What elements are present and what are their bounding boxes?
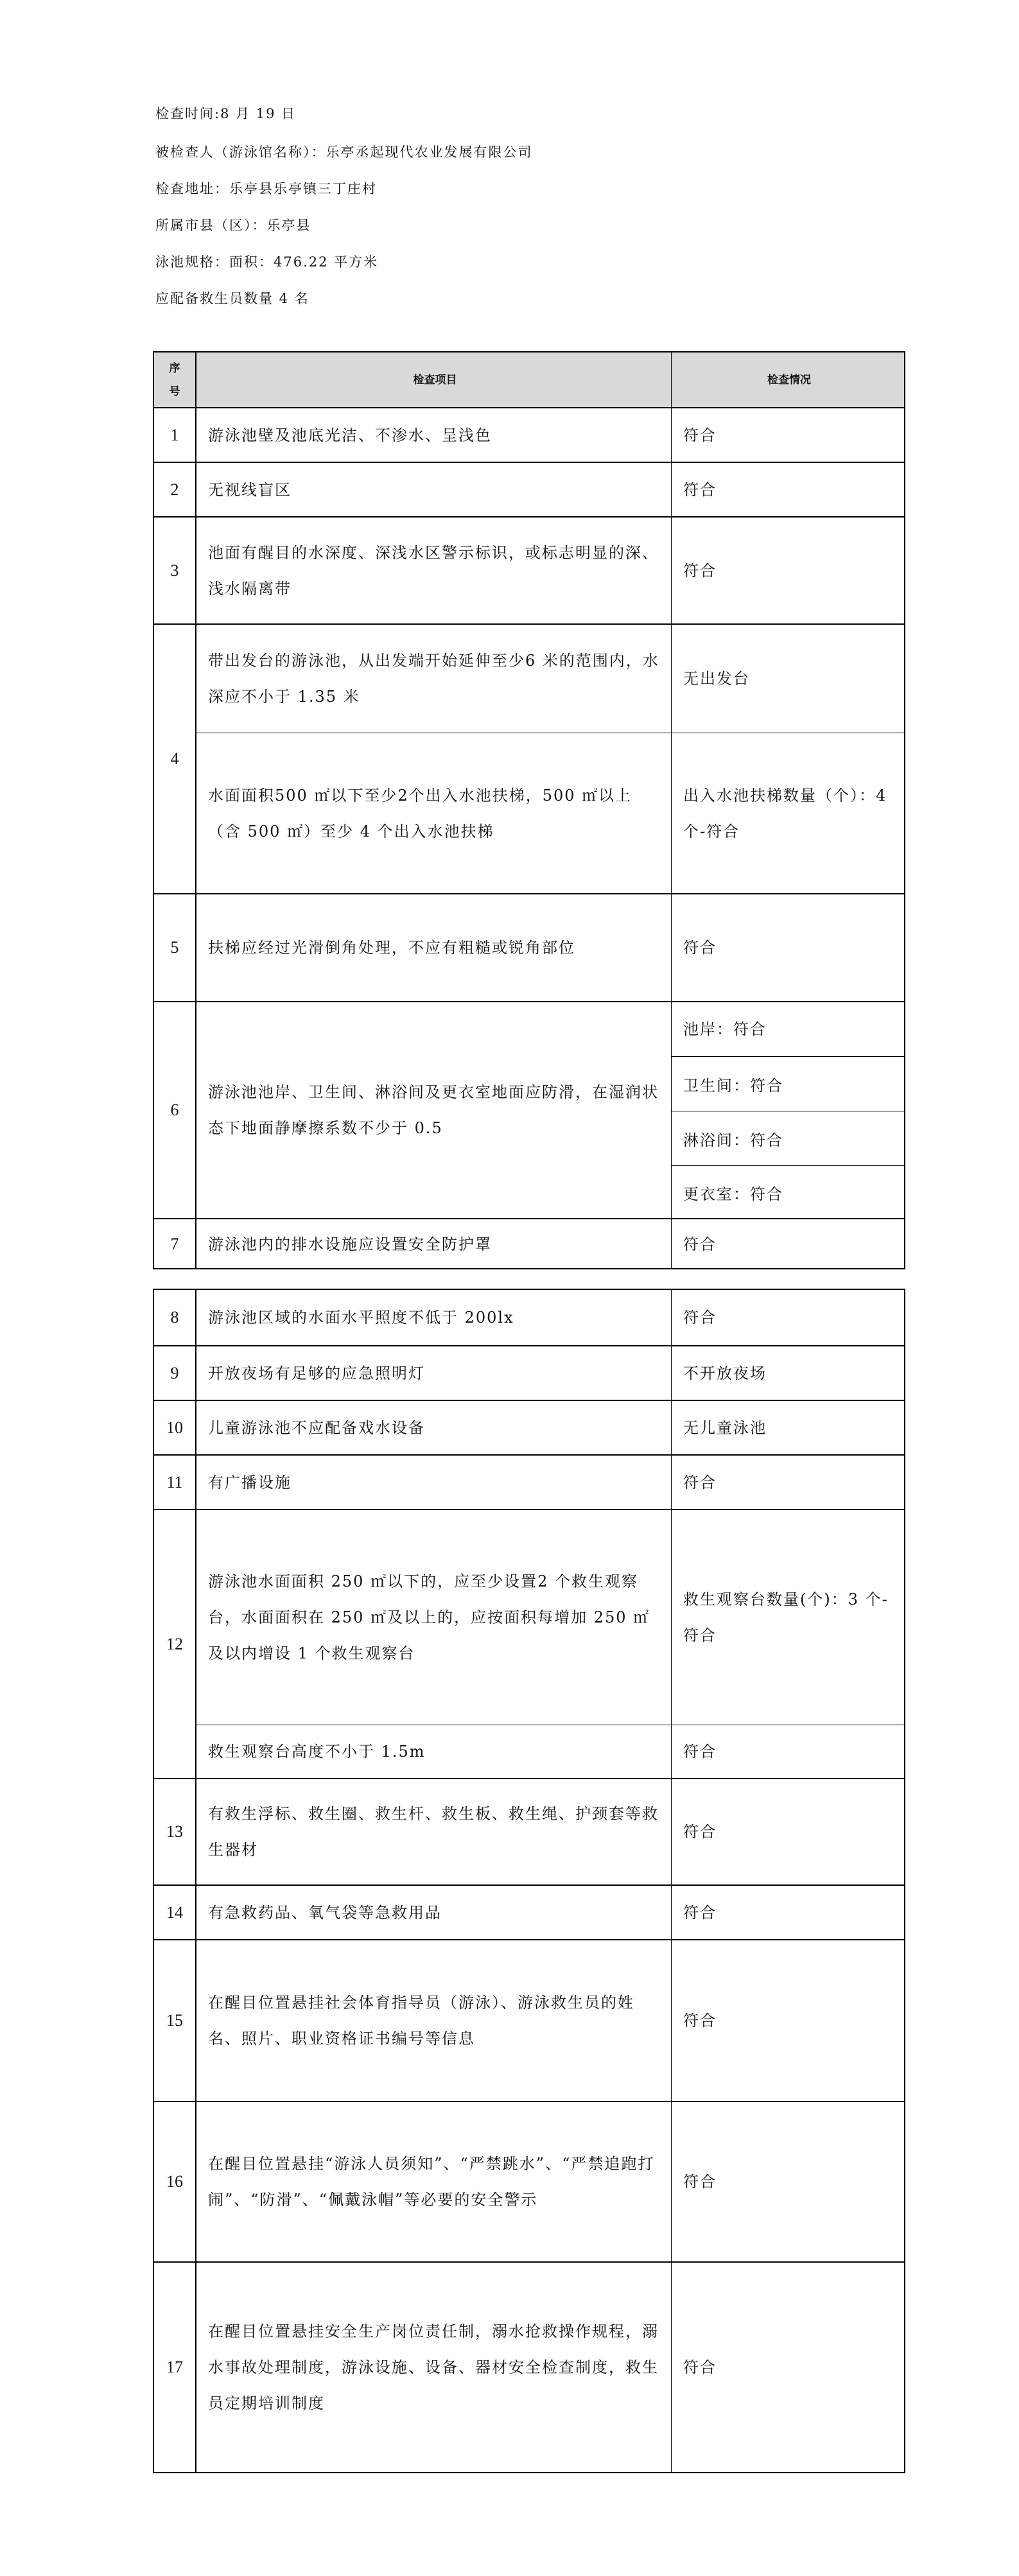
row-result: 符合 — [672, 2102, 904, 2261]
row-result: 无儿童泳池 — [672, 1401, 904, 1454]
table-row: 3 池面有醒目的水深度、深浅水区警示标识，或标志明显的深、浅水隔离带 符合 — [154, 516, 904, 623]
row-result: 符合 — [672, 2263, 904, 2472]
row-result: 符合 — [672, 1456, 904, 1509]
table-row: 6 游泳池池岸、卫生间、淋浴间及更衣室地面应防滑，在湿润状态下地面静摩擦系数不少… — [154, 1001, 904, 1218]
row-result: 符合 — [672, 1725, 904, 1778]
header-no: 序 号 — [154, 352, 196, 407]
row-item: 无视线盲区 — [196, 463, 672, 516]
header-no-line1: 序 — [170, 357, 180, 380]
row-no: 10 — [154, 1401, 196, 1454]
row-no: 14 — [154, 1886, 196, 1939]
pool-spec: 泳池规格：面积：476.22 平方米 — [155, 252, 378, 272]
table-row: 10 儿童游泳池不应配备戏水设备 无儿童泳池 — [154, 1400, 904, 1454]
row-result: 池岸：符合 — [672, 1002, 904, 1056]
row-item: 带出发台的游泳池，从出发端开始延伸至少6 米的范围内，水深应不小于 1.35 米 — [196, 625, 672, 733]
row-item: 游泳池内的排水设施应设置安全防护罩 — [196, 1219, 672, 1269]
header-item: 检查项目 — [196, 352, 672, 407]
row-result: 卫生间：符合 — [672, 1056, 904, 1111]
table-row: 4 带出发台的游泳池，从出发端开始延伸至少6 米的范围内，水深应不小于 1.35… — [154, 623, 904, 893]
row-no: 16 — [154, 2102, 196, 2261]
inspected-party: 被检查人（游泳馆名称）：乐亭丞起现代农业发展有限公司 — [155, 143, 533, 162]
district: 所属市县（区）：乐亭县 — [155, 216, 311, 235]
row-item: 有广播设施 — [196, 1456, 672, 1509]
row-no: 17 — [154, 2263, 196, 2472]
row-no: 8 — [154, 1290, 196, 1345]
row-item: 在醒目位置悬挂安全生产岗位责任制，溺水抢救操作规程，溺水事故处理制度，游泳设施、… — [196, 2263, 672, 2472]
row-no: 9 — [154, 1346, 196, 1400]
table-row: 11 有广播设施 符合 — [154, 1454, 904, 1509]
row-item: 游泳池水面面积 250 ㎡以下的，应至少设置2 个救生观察台，水面面积在 250… — [196, 1510, 672, 1725]
table-row: 16 在醒目位置悬挂“游泳人员须知”、“严禁跳水”、“严禁追跑打闹”、“防滑”、… — [154, 2101, 904, 2261]
header-no-line2: 号 — [170, 380, 180, 403]
row-item: 有急救药品、氧气袋等急救用品 — [196, 1886, 672, 1939]
row-item: 儿童游泳池不应配备戏水设备 — [196, 1401, 672, 1454]
row-result: 符合 — [672, 518, 904, 623]
table-row: 17 在醒目位置悬挂安全生产岗位责任制，溺水抢救操作规程，溺水事故处理制度，游泳… — [154, 2261, 904, 2472]
table-row: 15 在醒目位置悬挂社会体育指导员（游泳）、游泳救生员的姓名、照片、职业资格证书… — [154, 1939, 904, 2101]
row-result: 符合 — [672, 1290, 904, 1345]
row-item: 扶梯应经过光滑倒角处理，不应有粗糙或锐角部位 — [196, 894, 672, 1001]
row-no: 13 — [154, 1779, 196, 1884]
row-no: 5 — [154, 894, 196, 1001]
row-result: 不开放夜场 — [672, 1346, 904, 1400]
row-item: 游泳池池岸、卫生间、淋浴间及更衣室地面应防滑，在湿润状态下地面静摩擦系数不少于 … — [196, 1002, 672, 1218]
row-no: 6 — [154, 1002, 196, 1218]
row-item: 在醒目位置悬挂“游泳人员须知”、“严禁跳水”、“严禁追跑打闹”、“防滑”、“佩戴… — [196, 2102, 672, 2261]
table-row: 14 有急救药品、氧气袋等急救用品 符合 — [154, 1884, 904, 1939]
row-no: 12 — [154, 1510, 196, 1778]
row-item: 在醒目位置悬挂社会体育指导员（游泳）、游泳救生员的姓名、照片、职业资格证书编号等… — [196, 1940, 672, 2101]
row-item: 游泳池区域的水面水平照度不低于 200lx — [196, 1290, 672, 1345]
table-row: 7 游泳池内的排水设施应设置安全防护罩 符合 — [154, 1218, 904, 1269]
row-result: 符合 — [672, 1886, 904, 1939]
inspection-address: 检查地址：乐亭县乐亭镇三丁庄村 — [155, 179, 377, 198]
row-no: 11 — [154, 1456, 196, 1509]
row-result: 出入水池扶梯数量（个）：4 个-符合 — [672, 733, 904, 893]
row-item: 游泳池壁及池底光洁、不渗水、呈浅色 — [196, 408, 672, 462]
lifeguards-required: 应配备救生员数量 4 名 — [155, 289, 309, 308]
row-no: 2 — [154, 463, 196, 516]
header-result: 检查情况 — [672, 352, 904, 407]
row-result: 符合 — [672, 408, 904, 462]
table-row: 12 游泳池水面面积 250 ㎡以下的，应至少设置2 个救生观察台，水面面积在 … — [154, 1509, 904, 1778]
row-result: 符合 — [672, 1219, 904, 1269]
inspection-time: 检查时间:8 月 19 日 — [155, 104, 296, 123]
row-result: 符合 — [672, 894, 904, 1001]
row-result: 符合 — [672, 1779, 904, 1884]
table-row: 8 游泳池区域的水面水平照度不低于 200lx 符合 — [154, 1290, 904, 1345]
row-no: 4 — [154, 625, 196, 893]
row-no: 3 — [154, 518, 196, 623]
row-result: 无出发台 — [672, 625, 904, 733]
row-result: 更衣室：符合 — [672, 1165, 904, 1219]
row-item: 水面面积500 ㎡以下至少2个出入水池扶梯，500 ㎡以上（含 500 ㎡）至少… — [196, 733, 672, 893]
row-result: 淋浴间：符合 — [672, 1111, 904, 1165]
table-row: 5 扶梯应经过光滑倒角处理，不应有粗糙或锐角部位 符合 — [154, 893, 904, 1001]
sub-row: 救生观察台高度不小于 1.5m 符合 — [196, 1725, 904, 1778]
row-item: 救生观察台高度不小于 1.5m — [196, 1725, 672, 1778]
row-no: 15 — [154, 1940, 196, 2101]
row-item: 池面有醒目的水深度、深浅水区警示标识，或标志明显的深、浅水隔离带 — [196, 518, 672, 623]
row-no: 1 — [154, 408, 196, 462]
sub-row: 水面面积500 ㎡以下至少2个出入水池扶梯，500 ㎡以上（含 500 ㎡）至少… — [196, 733, 904, 893]
row-item: 有救生浮标、救生圈、救生杆、救生板、救生绳、护颈套等救生器材 — [196, 1779, 672, 1884]
table-row: 1 游泳池壁及池底光洁、不渗水、呈浅色 符合 — [154, 407, 904, 462]
row-item: 开放夜场有足够的应急照明灯 — [196, 1346, 672, 1400]
inspection-table-part-2: 8 游泳池区域的水面水平照度不低于 200lx 符合 9 开放夜场有足够的应急照… — [153, 1289, 905, 2473]
table-row: 2 无视线盲区 符合 — [154, 462, 904, 516]
table-header-row: 序 号 检查项目 检查情况 — [154, 352, 904, 407]
row-no: 7 — [154, 1219, 196, 1269]
table-row: 13 有救生浮标、救生圈、救生杆、救生板、救生绳、护颈套等救生器材 符合 — [154, 1778, 904, 1884]
row-result: 符合 — [672, 463, 904, 516]
row-result: 救生观察台数量(个)：3 个-符合 — [672, 1510, 904, 1725]
table-row: 9 开放夜场有足够的应急照明灯 不开放夜场 — [154, 1345, 904, 1400]
row-result: 符合 — [672, 1940, 904, 2101]
inspection-table-part-1: 序 号 检查项目 检查情况 1 游泳池壁及池底光洁、不渗水、呈浅色 符合 2 无… — [153, 351, 905, 1269]
